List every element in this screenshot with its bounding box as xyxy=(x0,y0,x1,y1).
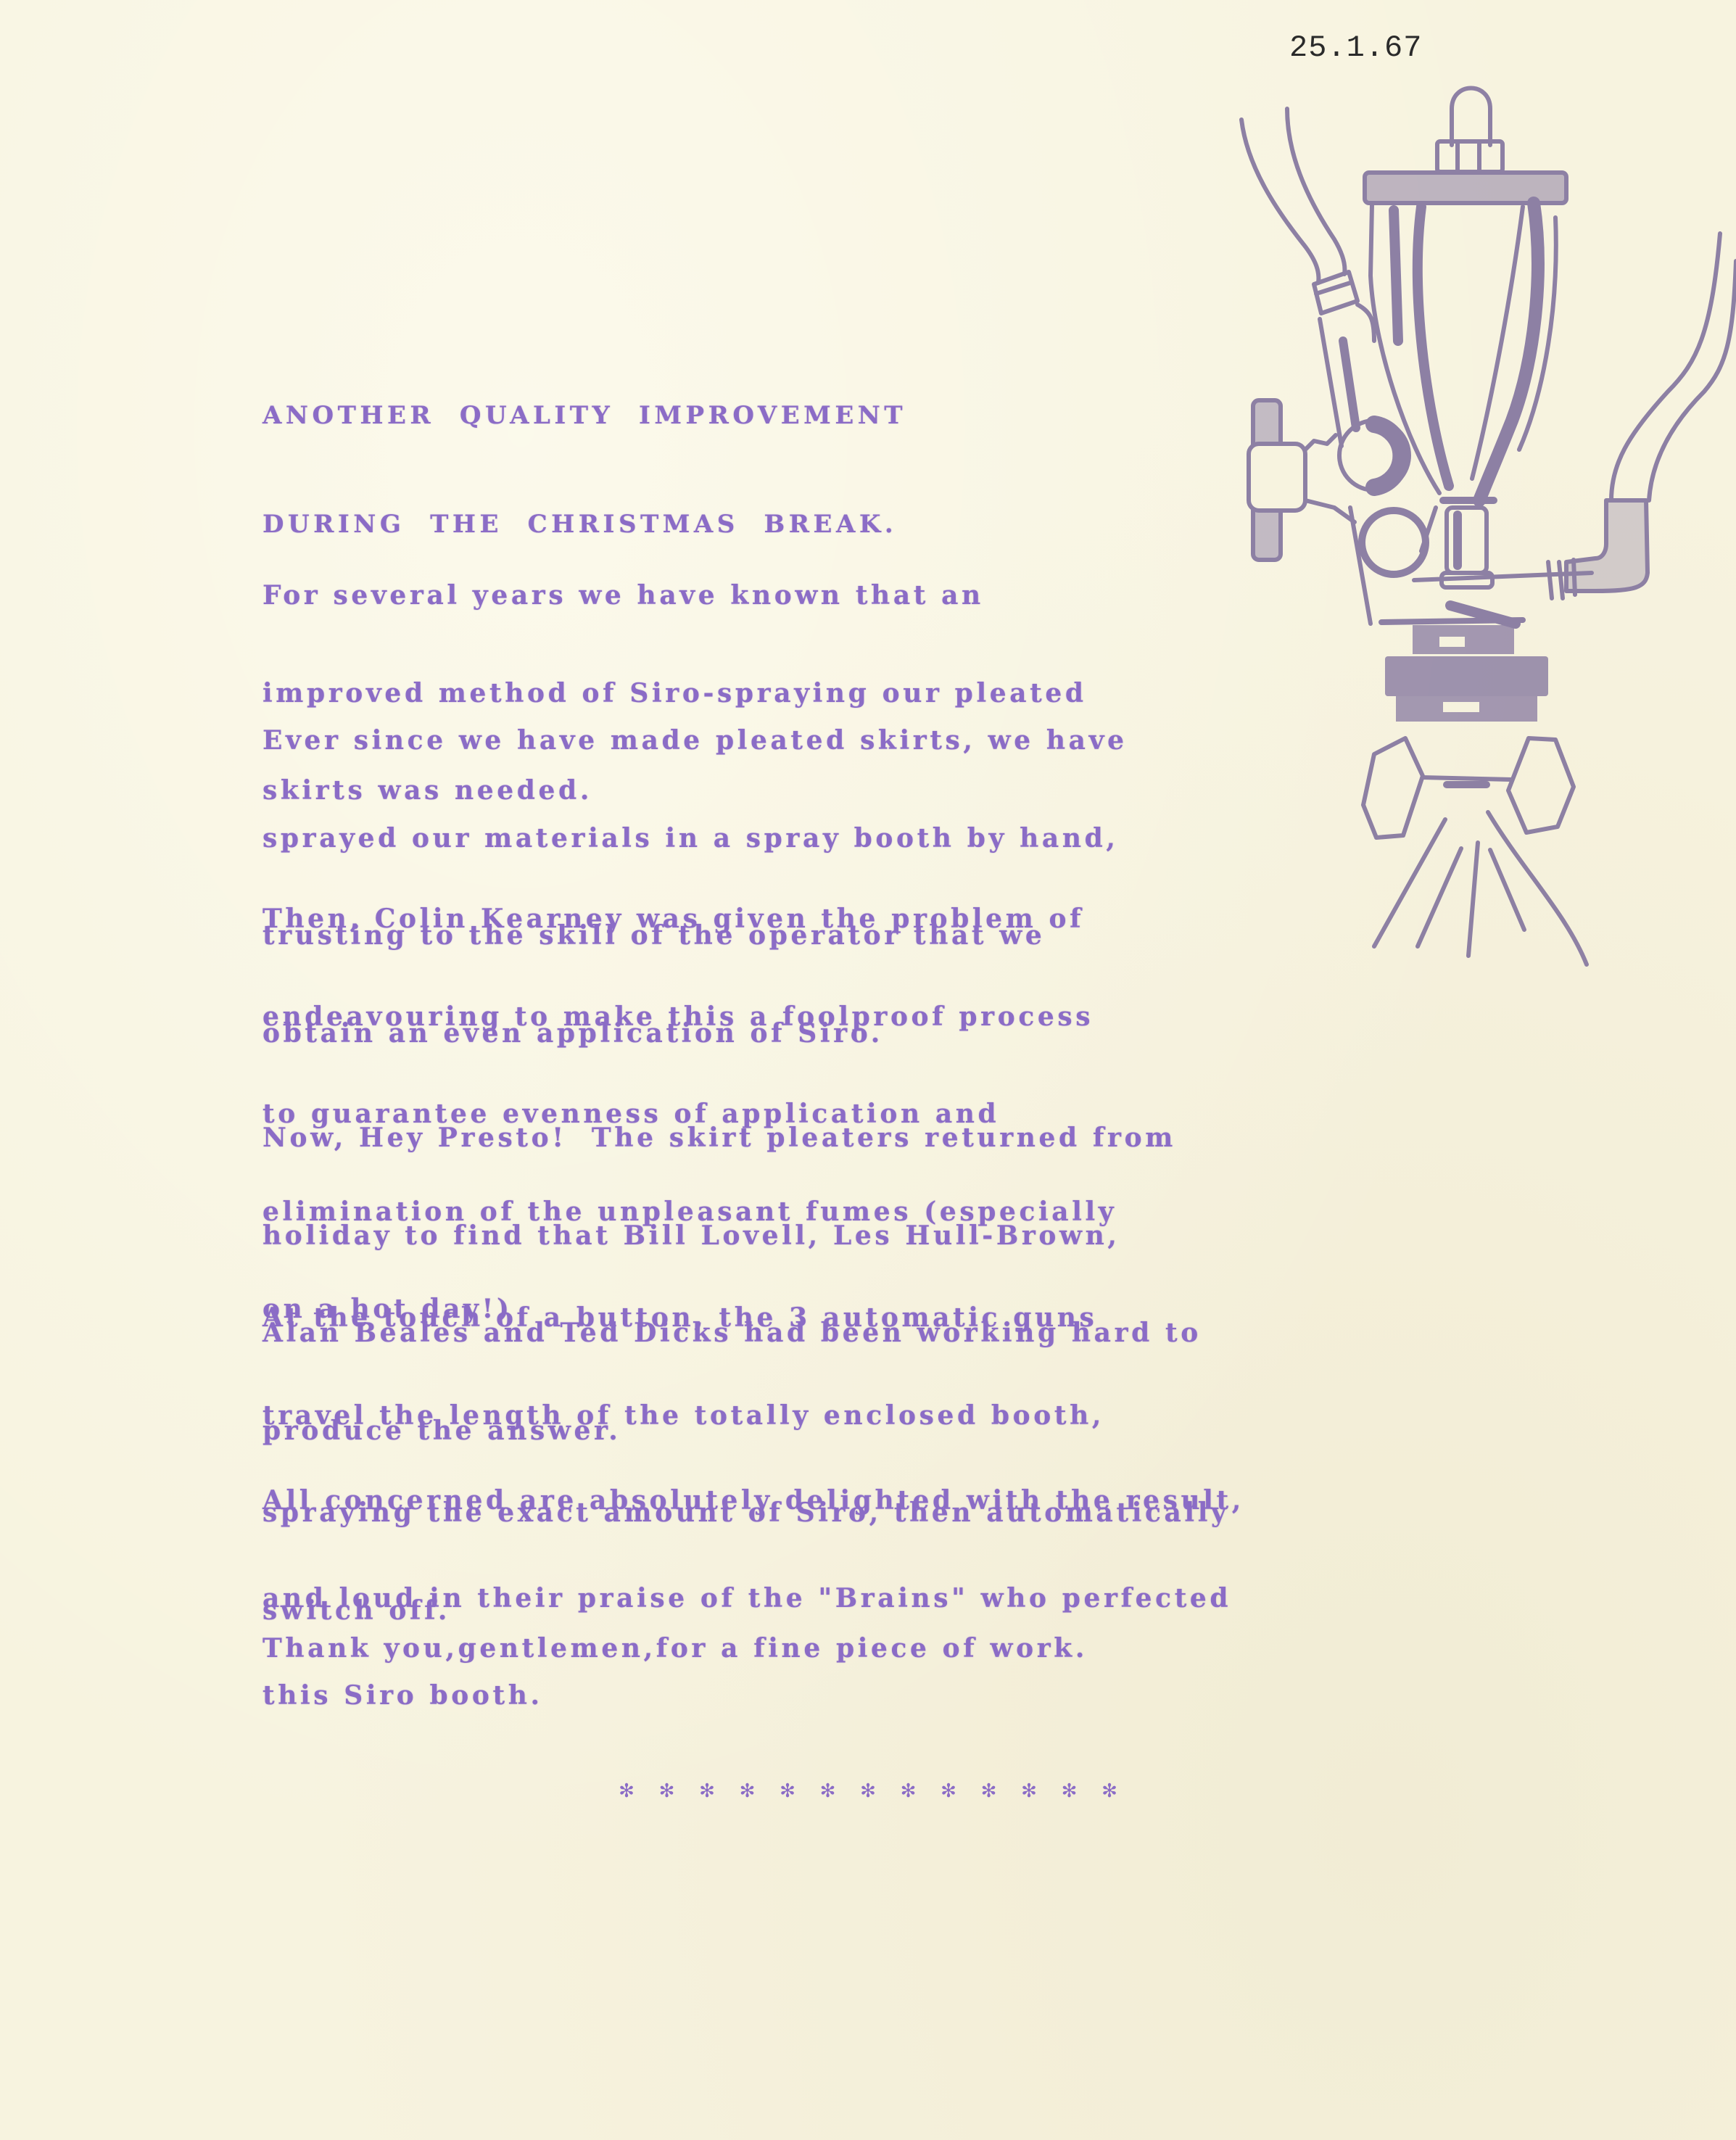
asterisk-icon: ✻ xyxy=(698,1780,716,1802)
document-page: 25.1.67 ANOTHER QUALITY IMPROVEMENT DURI… xyxy=(0,0,1736,2140)
asterisk-icon: ✻ xyxy=(980,1780,998,1802)
asterisk-icon: ✻ xyxy=(1101,1780,1118,1802)
asterisk-icon: ✻ xyxy=(618,1780,635,1802)
asterisk-separator: ✻✻✻✻✻✻✻✻✻✻✻✻✻ xyxy=(618,1780,1118,1802)
heading-line: ANOTHER QUALITY IMPROVEMENT xyxy=(263,397,906,434)
text-line: Ever since we have made pleated skirts, … xyxy=(263,722,1128,759)
text-line: Then, Colin Kearney was given the proble… xyxy=(263,901,1117,938)
text-line: At the touch of a button, the 3 automati… xyxy=(263,1300,1230,1337)
asterisk-icon: ✻ xyxy=(779,1780,796,1802)
asterisk-icon: ✻ xyxy=(1061,1780,1078,1802)
document-date: 25.1.67 xyxy=(1289,30,1422,65)
text-line: All concerned are absolutely delighted w… xyxy=(263,1482,1244,1519)
text-line: Now, Hey Presto! The skirt pleaters retu… xyxy=(263,1120,1202,1157)
text-line: For several years we have known that an xyxy=(263,577,1087,614)
paragraph-thanks: Thank you,gentlemen,for a fine piece of … xyxy=(263,1569,1088,1728)
text-line: Thank you,gentlemen,for a fine piece of … xyxy=(263,1630,1088,1667)
asterisk-icon: ✻ xyxy=(859,1780,877,1802)
asterisk-icon: ✻ xyxy=(940,1780,957,1802)
asterisk-icon: ✻ xyxy=(739,1780,756,1802)
asterisk-icon: ✻ xyxy=(658,1780,676,1802)
asterisk-icon: ✻ xyxy=(900,1780,917,1802)
asterisk-icon: ✻ xyxy=(1020,1780,1038,1802)
asterisk-icon: ✻ xyxy=(819,1780,837,1802)
text-line: endeavouring to make this a foolproof pr… xyxy=(263,999,1117,1036)
